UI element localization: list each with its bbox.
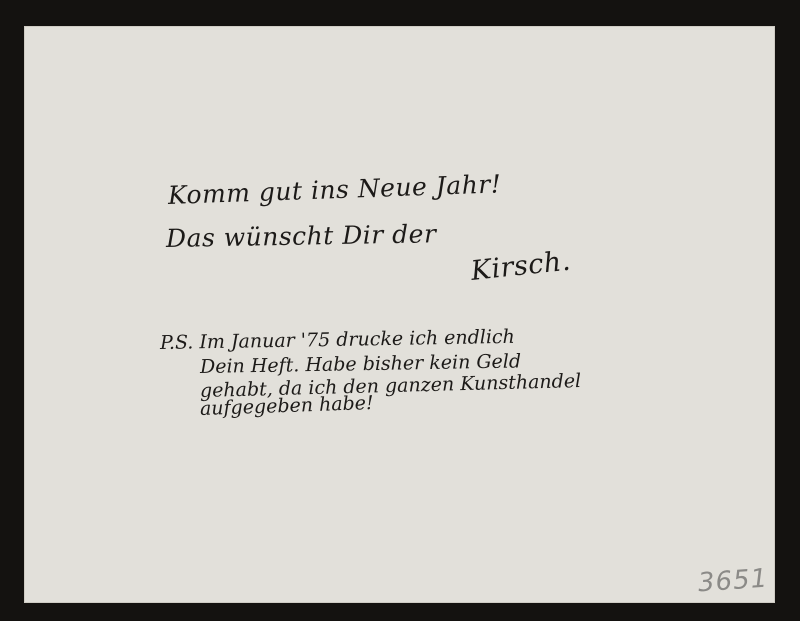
postcard: Komm gut ins Neue Jahr! Das wünscht Dir … [24,26,775,603]
greeting-line-1: Komm gut ins Neue Jahr! [167,169,501,210]
greeting-line-2: Das wünscht Dir der [166,219,437,253]
postscript: P.S. Im Januar '75 drucke ich endlich De… [160,331,640,421]
signature: Kirsch. [469,246,572,287]
inventory-number: 3651 [697,564,769,599]
faint-pencil-mark [37,140,85,182]
